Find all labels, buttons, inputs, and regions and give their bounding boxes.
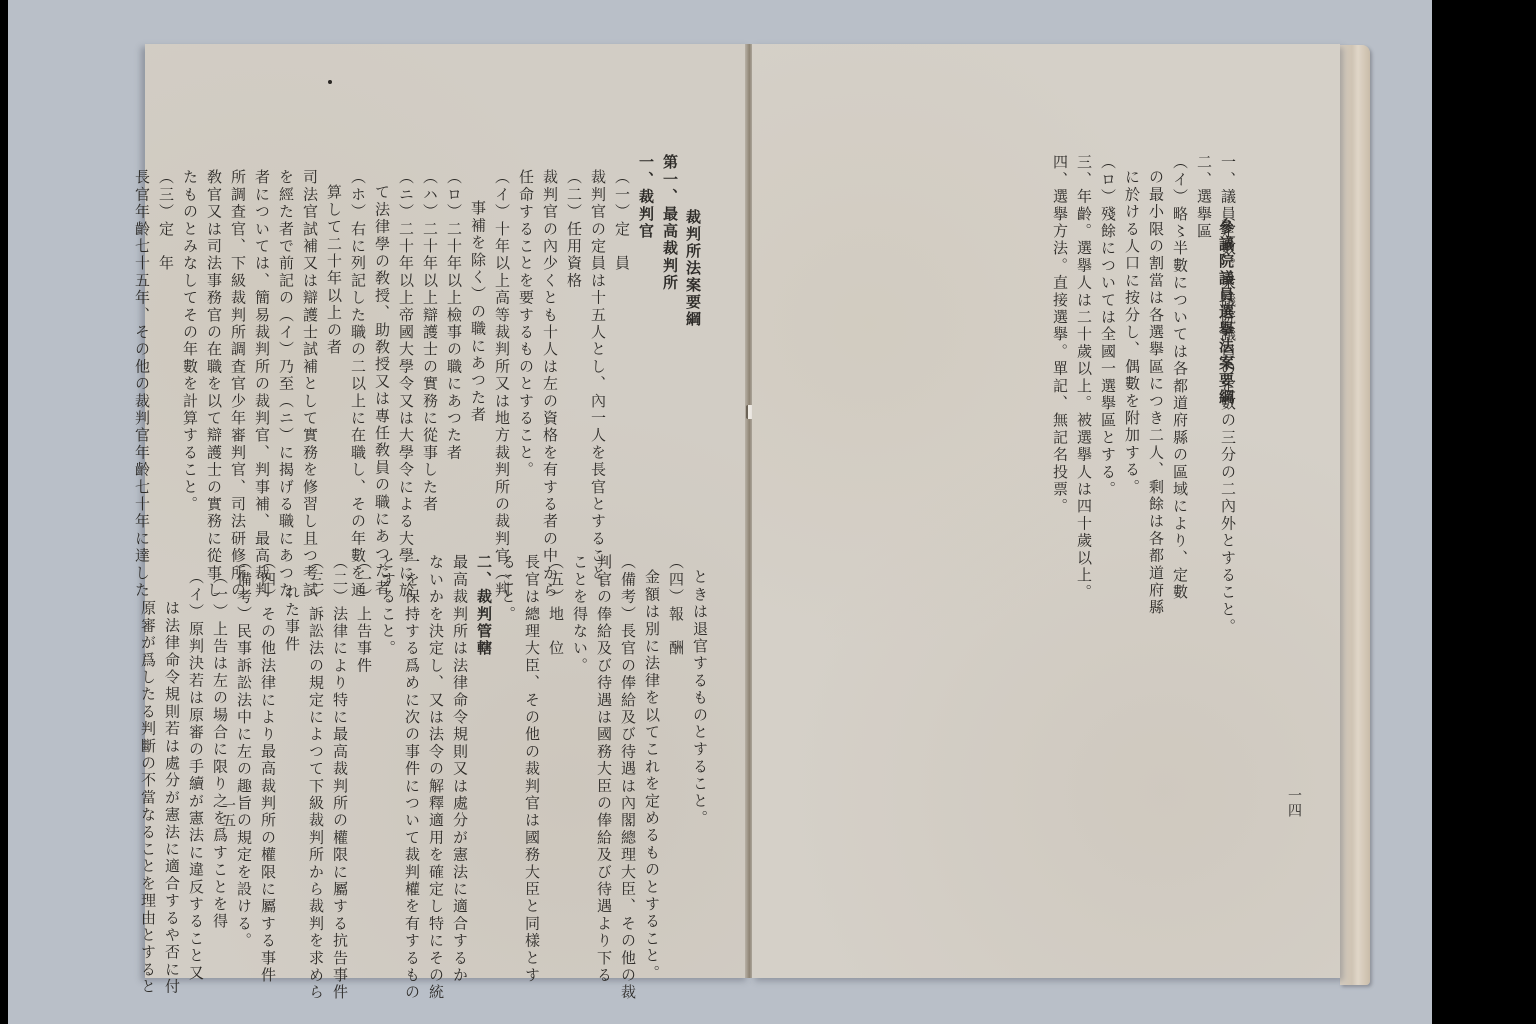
text-line: 者については、簡易裁判所の裁判官、判事補、最高裁判 [250,154,274,574]
text-line: 一、議員定數。衆議院議員の定數の三分の二內外とすること。 [1216,154,1240,574]
text-line: （一）定 員 [610,154,634,574]
left-page: 裁判所法案要綱 第一、最高裁判所 一、裁判官 （一）定 員 裁判官の定員は十五人… [145,44,750,978]
text-line: （一）上告は左の場合に限り之を爲すことを得 [208,554,232,964]
text-line: （イ）十年以上高等裁判所又は地方裁判所の裁判官（判 [490,154,514,574]
text-line: （ホ）右に列記した職の二以上に在職し、その年數を通 [346,154,370,574]
text-line: ること。 [496,554,520,964]
text-line: 最高裁判所は法律命令規則又は處分が憲法に適合するか [448,554,472,964]
text-line: 算して二十年以上の者 [322,154,346,574]
text-line: 司法官試補又は辯護士試補として實務を修習し且つ考試 [298,154,322,574]
left-lower-text-block: ときは退官するものとすること。 （四）報 酬 金額は別に法律を以てこれを定めるも… [136,554,712,964]
text-line: 任命することを要するものとすること。 [514,154,538,574]
text-line: 長官は總理大臣、その他の裁判官は國務大臣と同樣とす [520,554,544,964]
right-text-block: 一、議員定數。衆議院議員の定數の三分の二內外とすること。 二、選擧區 （イ）略〻… [1048,154,1240,574]
text-line: 裁判官の內少くとも十人は左の資格を有する者の中から [538,154,562,574]
text-line: とすること。 [376,554,400,964]
text-line: ないかを決定し、又は法令の解釋適用を確定し特にその統 [424,554,448,964]
section-heading: 二、裁判管轄 [472,554,496,964]
text-line: （二）法律により特に最高裁判所の權限に屬する抗告事件 [328,554,352,964]
text-line: （備考）長官の俸給及び待遇は內閣總理大臣、その他の裁 [616,554,640,964]
text-line: （ロ）二十年以上檢事の職にあつた者 [442,154,466,574]
text-line: （五）地 位 [544,554,568,964]
text-line: （ニ）二十年以上帝國大學令又は大學令による大學に於 [394,154,418,574]
text-line: て法律學の敎授、助敎授又は專任敎員の職にあつた者 [370,154,394,574]
page-number-left: 一五 [218,798,238,828]
text-line: 長官年齡七十五年、その他の裁判官年齡七十年に達した [130,154,154,574]
text-line: （四）その他法律により最高裁判所の權限に屬する事件 [256,554,280,964]
right-page: 參議院議員選擧法案要綱 一、議員定數。衆議院議員の定數の三分の二內外とすること。… [752,44,1340,978]
text-line: ことを得ない。 [568,554,592,964]
page-stack-edge [1340,45,1370,985]
text-line: （三）訴訟法の規定によつて下級裁判所から裁判を求めら [304,554,328,964]
text-line: （一）上告事件 [352,554,376,964]
text-line: （ロ）殘餘については全國一選擧區とする。 [1096,154,1120,574]
letterbox-left [0,0,8,1024]
text-line: （四）報 酬 [664,554,688,964]
text-line: 判官の俸給及び待遇は國務大臣の俸給及び待遇より下る [592,554,616,964]
section-heading: 第一、最高裁判所 [658,154,682,574]
text-line: 金額は別に法律を以てこれを定めるものとすること。 [640,554,664,964]
subsection-heading: 一、裁判官 [634,154,658,574]
left-page-title: 裁判所法案要綱 [681,209,705,328]
text-line: の最小限の割當は各選擧區につき二人、剩餘は各都道府縣 [1144,154,1168,574]
text-line: 裁判官の定員は十五人とし、內一人を長官とすること。 [586,154,610,574]
text-line: （二）任用資格 [562,154,586,574]
text-line: に於ける人口に按分し、偶數を附加する。 [1120,154,1144,574]
text-line: （備考）民事訴訟法中に左の趣旨の規定を設ける。 [232,554,256,964]
text-line: たものとみなしてその年數を計算すること。 [178,154,202,574]
text-line: ときは退官するものとすること。 [688,554,712,964]
text-line: （ハ）二十年以上辯護士の實務に從事した者 [418,154,442,574]
text-line: 原審が爲したる判斷の不當なることを理由とすると [136,554,160,964]
text-line: （イ）原判決若は原審の手續が憲法に違反すること又 [184,554,208,964]
text-line: 一を保持する爲めに次の事件について裁判權を有するもの [400,554,424,964]
ink-dot [328,80,332,84]
text-line: を經た者で前記の（イ）乃至（ニ）に揭げる職にあつた [274,154,298,574]
letterbox-right [1432,0,1536,1024]
text-line: 所調査官、下級裁判所調査官少年審判官、司法研修所の [226,154,250,574]
text-line: 事補を除く）の職にあつた者 [466,154,490,574]
left-upper-text-block: 第一、最高裁判所 一、裁判官 （一）定 員 裁判官の定員は十五人とし、內一人を長… [130,154,682,574]
text-line: 敎官又は司法事務官の在職を以て辯護士の實務に從事し [202,154,226,574]
text-line: 四、選擧方法。直接選擧。單記、無記名投票。 [1048,154,1072,574]
text-line: （三）定 年 [154,154,178,574]
text-line: 二、選擧區 [1192,154,1216,574]
text-line: れた事件 [280,554,304,964]
page-number-right: 一四 [1284,788,1304,818]
text-line: は法律命令規則若は處分が憲法に適合するや否に付 [160,554,184,964]
text-line: 三、年齡。選擧人は二十歲以上。被選擧人は四十歲以上。 [1072,154,1096,574]
text-line: （イ）略〻半數については各都道府縣の區域により、定數 [1168,154,1192,574]
